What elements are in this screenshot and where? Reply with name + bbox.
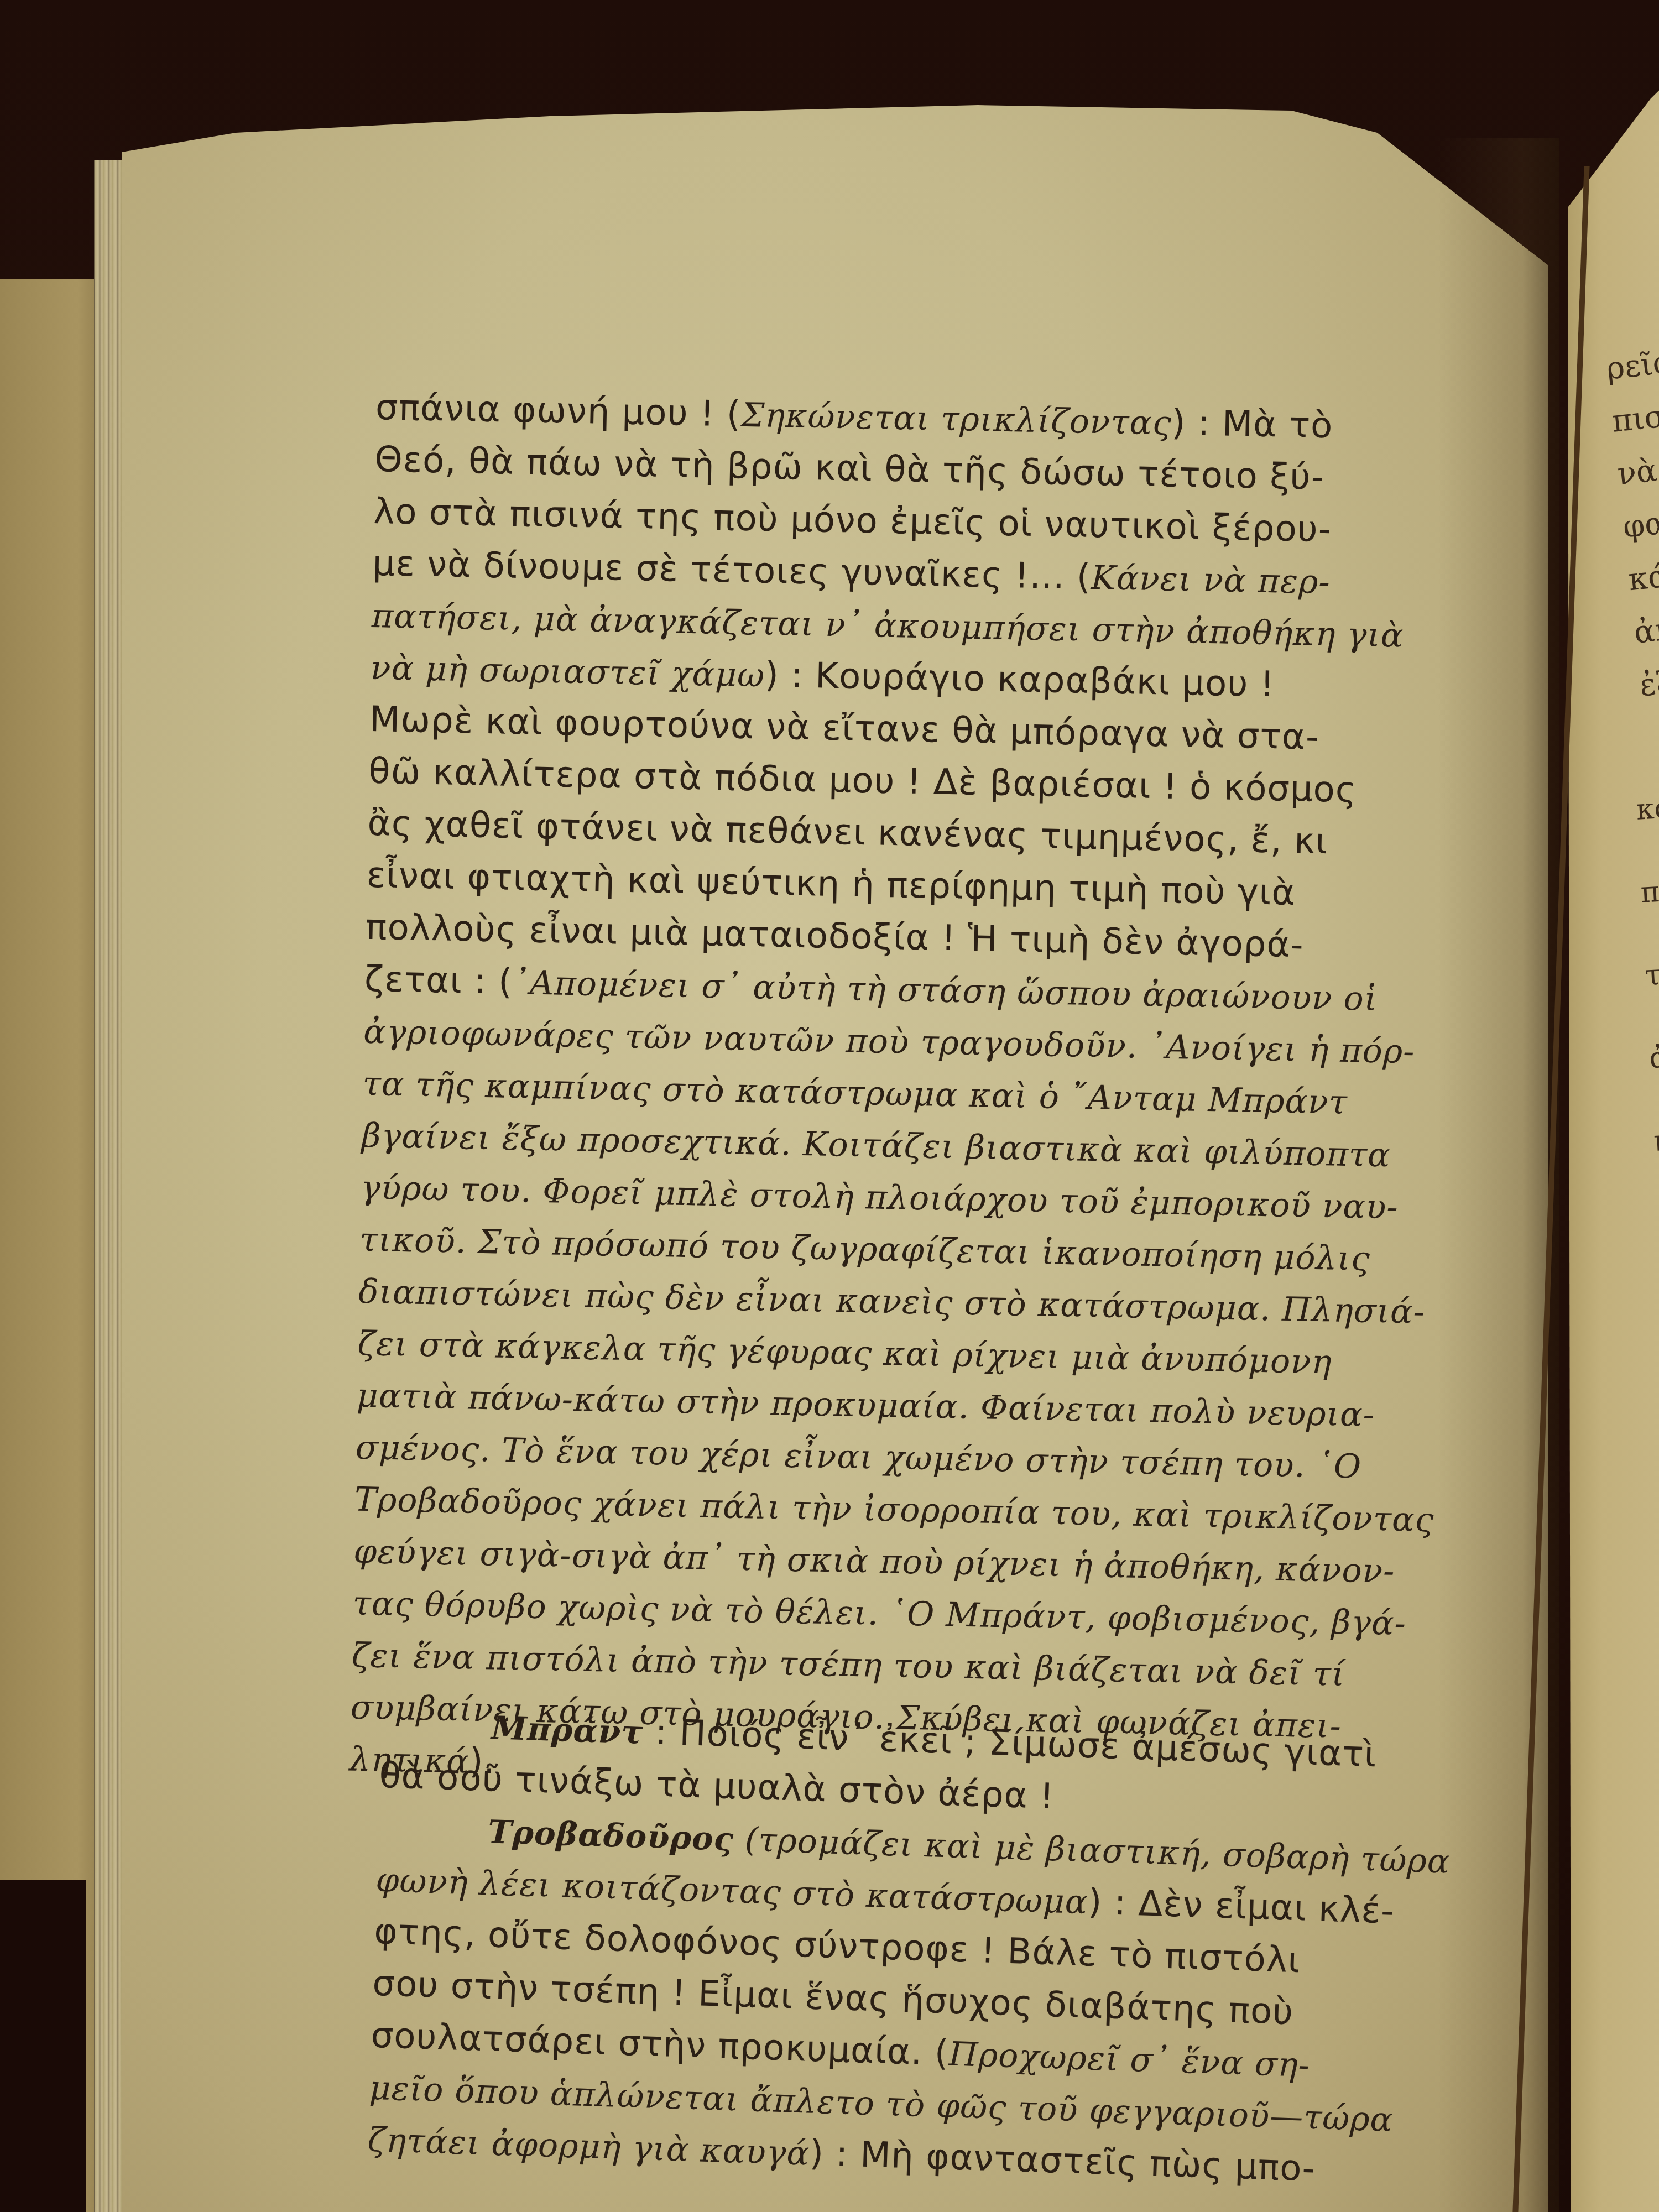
background-strip (0, 1880, 86, 2212)
speaker-name: Τροβαδοῦρος (487, 1813, 734, 1858)
speaker-name: Μπράντ (491, 1709, 644, 1751)
dialogue-block: Μπράντ : Ποιός εἶν᾿ ἐκεῖ ; Σίμωσε ἀμέσως… (367, 1698, 1559, 2202)
page-text-block: σπάνια φωνή μου ! (Σηκώνεται τρικλίζοντα… (349, 382, 1542, 1807)
